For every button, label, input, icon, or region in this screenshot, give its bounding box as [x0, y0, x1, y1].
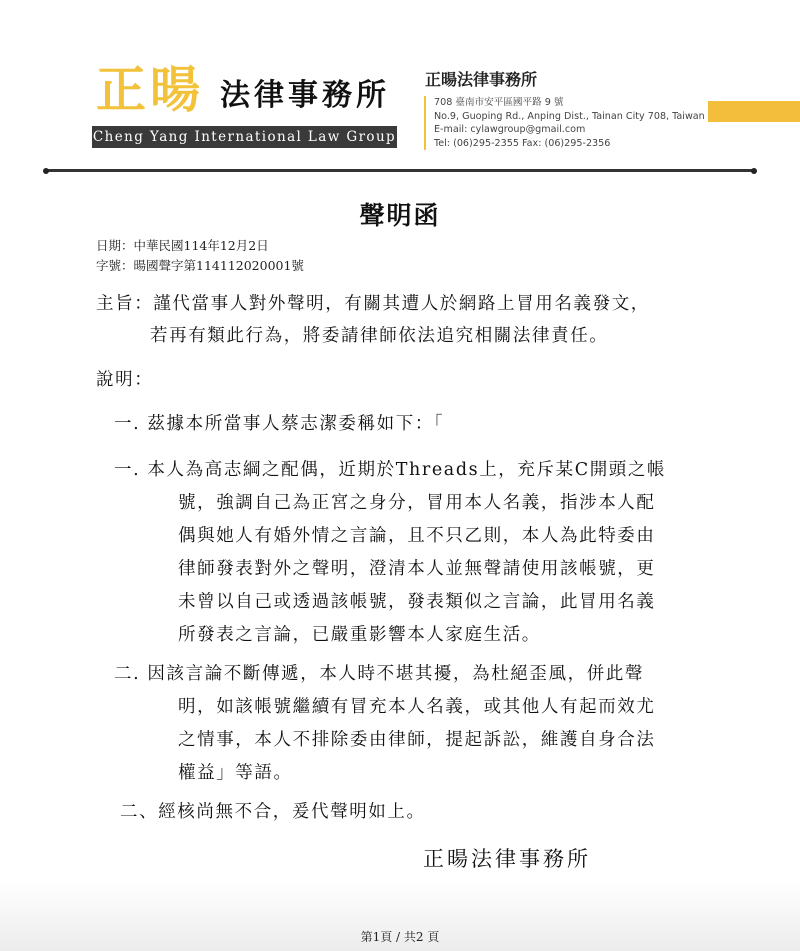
signature-firm-name: 正暘法律事務所 [423, 843, 591, 873]
firm-logo: 正暘 法律事務所 Cheng Yang International Law Gr… [92, 62, 397, 152]
quote-item-1-line-6: 所發表之言論，已嚴重影響本人家庭生活。 [178, 621, 541, 646]
contact-phone-fax: Tel: (06)295-2355 Fax: (06)295-2356 [434, 137, 745, 151]
document-reference: 字號：暘國聲字第114112020001號 [96, 256, 304, 276]
logo-name-black: 法律事務所 [220, 78, 390, 114]
quote-item-2-line-1: 二. 因該言論不斷傳遞，本人時不堪其擾，為杜絕歪風，併此聲 [114, 660, 644, 685]
subject-line-2: 若再有類此行為，將委請律師依法追究相關法律責任。 [150, 322, 608, 347]
header-divider [46, 169, 754, 172]
quote-item-1-line-2: 號，強調自己為正宮之身分，冒用本人名義，指涉本人配 [178, 489, 656, 514]
contact-details: 708 臺南市安平區國平路 9 號 No.9, Guoping Rd., Anp… [424, 96, 745, 150]
subject-line-1: 主旨：謹代當事人對外聲明，有關其遭人於網路上冒用名義發文， [96, 290, 650, 315]
quote-item-1-line-3: 偶與她人有婚外情之言論，且不只乙則，本人為此特委由 [178, 522, 656, 547]
document-title: 聲明函 [0, 196, 800, 232]
quote-item-1-line-5: 未曾以自己或透過該帳號，發表類似之言論，此冒用名義 [178, 588, 656, 613]
contact-address-en: No.9, Guoping Rd., Anping Dist., Tainan … [434, 110, 745, 124]
firm-contact-block: 正暘法律事務所 708 臺南市安平區國平路 9 號 No.9, Guoping … [424, 70, 745, 150]
item-2: 二、經核尚無不合，爰代聲明如上。 [120, 798, 426, 823]
contact-firm-name: 正暘法律事務所 [425, 70, 745, 90]
letterhead-accent-bar [708, 101, 800, 122]
explanation-label: 說明： [96, 366, 153, 391]
logo-name-gold: 正暘 [96, 62, 204, 118]
quote-item-1-line-4: 律師發表對外之聲明，澄清本人並無聲請使用該帳號，更 [178, 555, 656, 580]
page-indicator: 第1頁 / 共2 頁 [0, 928, 800, 945]
contact-address-cn: 708 臺南市安平區國平路 9 號 [434, 96, 745, 110]
quote-item-1-line-1: 一. 本人為高志綱之配偶，近期於Threads上，充斥某C開頭之帳 [114, 456, 666, 481]
quote-item-2-line-4: 權益」等語。 [178, 759, 293, 784]
quote-item-2-line-3: 之情事，本人不排除委由律師，提起訴訟，維護自身合法 [178, 726, 656, 751]
quote-item-2-line-2: 明，如該帳號繼續有冒充本人名義，或其他人有起而效尤 [178, 693, 656, 718]
contact-email: E-mail: cylawgroup@gmail.com [434, 123, 745, 137]
document-meta: 日期：中華民國114年12月2日 字號：暘國聲字第114112020001號 [96, 236, 304, 276]
document-date: 日期：中華民國114年12月2日 [96, 236, 304, 256]
logo-english-name: Cheng Yang International Law Group [92, 126, 397, 148]
item-1-intro: 一. 茲據本所當事人蔡志潔委稱如下：「 [114, 410, 444, 435]
